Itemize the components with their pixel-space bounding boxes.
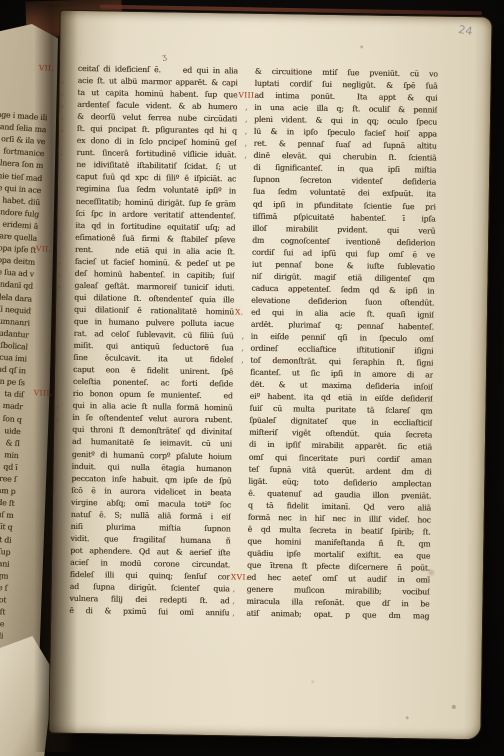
margin-tick: , bbox=[233, 586, 236, 594]
text-column-right: & circuitione mtiſ ſue pveniūt. cū volup… bbox=[246, 66, 438, 623]
parchment-speck bbox=[452, 705, 456, 709]
margin-tick: , bbox=[245, 116, 248, 124]
parchment-speck bbox=[406, 716, 409, 719]
margin-tick: , bbox=[56, 402, 59, 410]
margin-tick: , bbox=[232, 598, 235, 606]
facing-page-edge: ſage i made iliand ſelia maorſi & ila ve… bbox=[0, 24, 58, 740]
margin-tick: , bbox=[61, 89, 64, 97]
margin-tick: , bbox=[232, 610, 235, 618]
text-column-left: ceitaſ di ideficienſ ē.ed qui in aliaaci… bbox=[69, 63, 238, 620]
margin-tick: , bbox=[245, 140, 248, 148]
chapter-numeral: VII. bbox=[39, 63, 54, 73]
facing-page-bottom-curl bbox=[0, 636, 54, 756]
margin-tick: , bbox=[59, 257, 62, 265]
margin-tick: , bbox=[245, 104, 248, 112]
chapter-numeral: VII. bbox=[36, 244, 51, 254]
manuscript-photo: ſage i made iliand ſelia maorſi & ila ve… bbox=[0, 0, 504, 756]
chapter-numeral: X. bbox=[235, 307, 244, 317]
chapter-numeral: VIII. bbox=[238, 91, 257, 101]
margin-tick: , bbox=[244, 152, 247, 160]
margin-tick: , bbox=[58, 282, 61, 290]
quire-mark: ʒ bbox=[161, 52, 167, 62]
margin-tick: , bbox=[56, 414, 59, 422]
chapter-numeral: XVI. bbox=[231, 572, 249, 582]
margin-tick: , bbox=[61, 125, 64, 133]
manuscript-page: 24 ʒ ceitaſ di ideficienſ ē.ed qui in al… bbox=[49, 11, 491, 740]
parchment-stain bbox=[310, 680, 315, 684]
parchment-speck bbox=[360, 45, 363, 48]
margin-tick: , bbox=[60, 149, 63, 157]
text-line: ē di & pximū ſui omī anniſu bbox=[69, 605, 229, 620]
margin-tick: , bbox=[59, 270, 62, 278]
margin-tick: , bbox=[62, 77, 65, 85]
margin-tick: , bbox=[61, 113, 64, 121]
chapter-numeral: VIII. bbox=[34, 389, 53, 399]
folio-number: 24 bbox=[457, 23, 473, 38]
margin-tick: , bbox=[241, 357, 244, 365]
margin-tick: , bbox=[245, 128, 248, 136]
text-line: atiſ animab; opat. p que dm mag bbox=[246, 608, 429, 623]
margin-tick: , bbox=[241, 345, 244, 353]
margin-tick: , bbox=[61, 101, 64, 109]
margin-tick: , bbox=[242, 333, 245, 341]
